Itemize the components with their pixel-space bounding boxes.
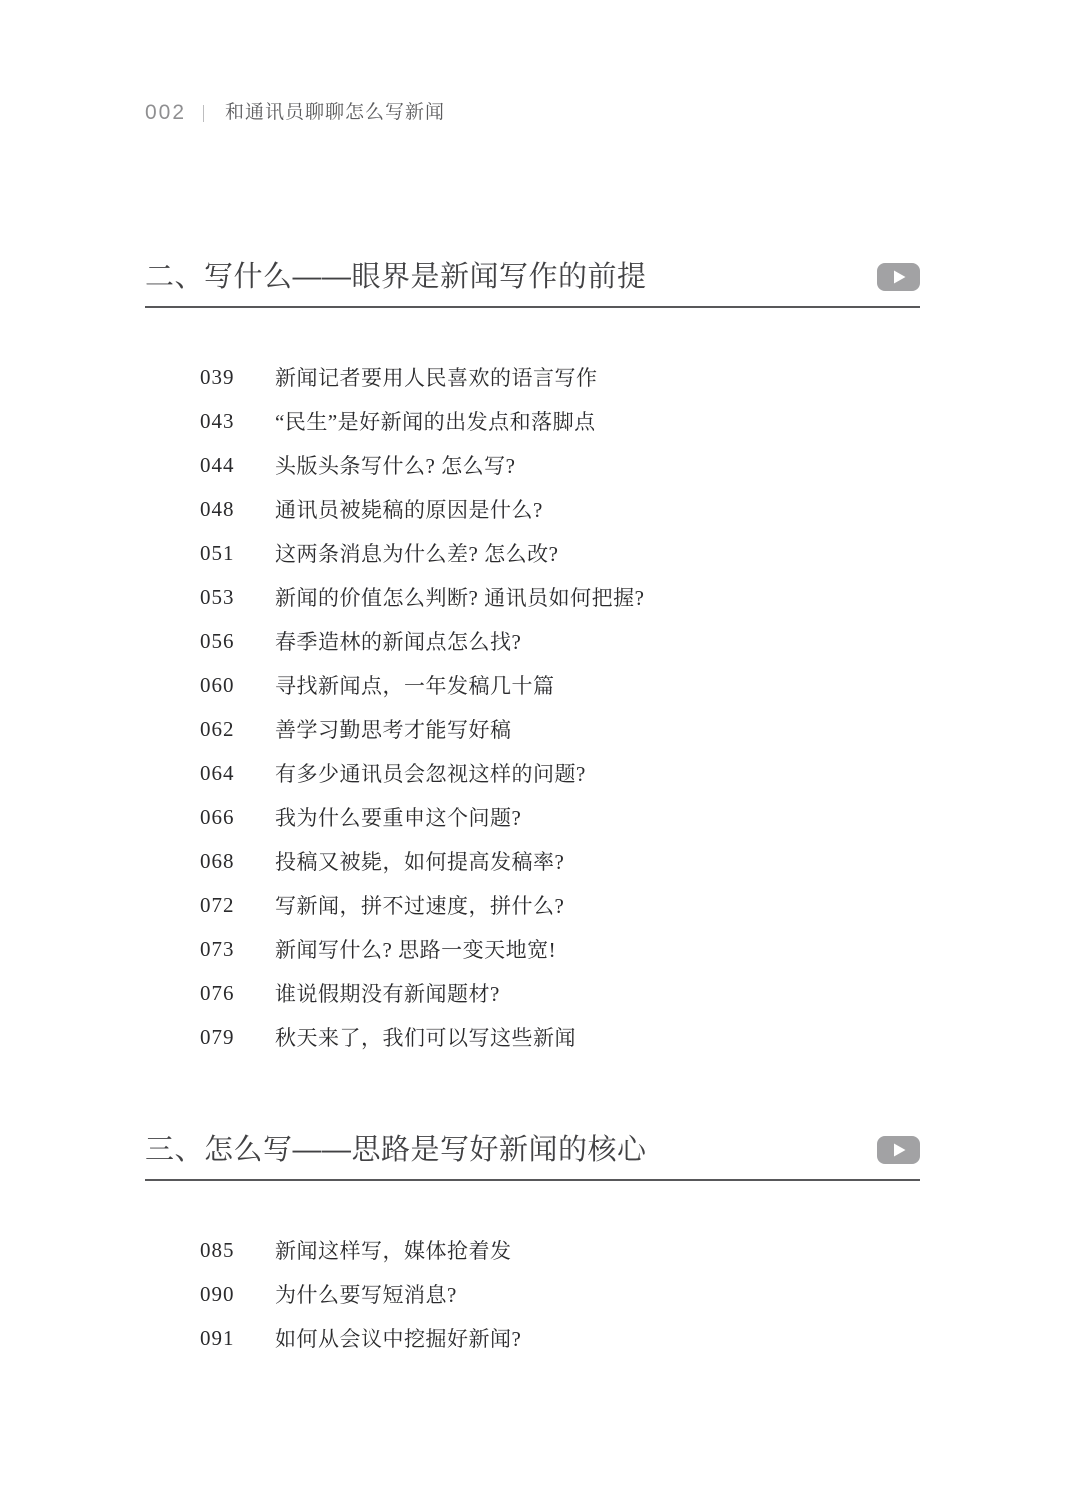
toc-item-page-number: 048 (200, 497, 275, 522)
toc-list: 085新闻这样写，媒体抢着发090为什么要写短消息?091如何从会议中挖掘好新闻… (145, 1228, 920, 1360)
toc-page: 002 和通讯员聊聊怎么写新闻 二、写什么——眼界是新闻写作的前提 039新闻记… (0, 0, 1080, 1509)
toc-item-page-number: 090 (200, 1282, 275, 1307)
toc-item-page-number: 066 (200, 805, 275, 830)
toc-item: 072写新闻，拼不过速度，拼什么? (145, 883, 920, 927)
toc-item: 085新闻这样写，媒体抢着发 (145, 1228, 920, 1272)
header-divider (203, 105, 204, 122)
toc-item-page-number: 076 (200, 981, 275, 1006)
toc-item-page-number: 072 (200, 893, 275, 918)
toc-item-page-number: 043 (200, 409, 275, 434)
toc-item-title: 头版头条写什么? 怎么写? (275, 450, 515, 480)
play-icon (877, 263, 920, 291)
toc-list: 039新闻记者要用人民喜欢的语言写作043“民生”是好新闻的出发点和落脚点044… (145, 355, 920, 1059)
toc-item: 062善学习勤思考才能写好稿 (145, 707, 920, 751)
toc-item: 039新闻记者要用人民喜欢的语言写作 (145, 355, 920, 399)
toc-item-title: 善学习勤思考才能写好稿 (275, 714, 512, 744)
toc-item-page-number: 064 (200, 761, 275, 786)
toc-item-title: 如何从会议中挖掘好新闻? (275, 1323, 521, 1353)
toc-item-title: 通讯员被毙稿的原因是什么? (275, 494, 543, 524)
toc-item: 053新闻的价值怎么判断? 通讯员如何把握? (145, 575, 920, 619)
toc-item-page-number: 079 (200, 1025, 275, 1050)
toc-item: 056春季造林的新闻点怎么找? (145, 619, 920, 663)
toc-item-page-number: 068 (200, 849, 275, 874)
toc-item: 076谁说假期没有新闻题材? (145, 971, 920, 1015)
toc-item-title: “民生”是好新闻的出发点和落脚点 (275, 406, 596, 436)
book-title: 和通讯员聊聊怎么写新闻 (225, 101, 445, 125)
toc-item-page-number: 053 (200, 585, 275, 610)
toc-item: 064有多少通讯员会忽视这样的问题? (145, 751, 920, 795)
section-rule (145, 1179, 920, 1181)
toc-item-title: 谁说假期没有新闻题材? (275, 978, 500, 1008)
toc-item-page-number: 056 (200, 629, 275, 654)
toc-item-title: 秋天来了，我们可以写这些新闻 (275, 1022, 576, 1052)
play-icon (877, 1136, 920, 1164)
toc-item-title: 这两条消息为什么差? 怎么改? (275, 538, 558, 568)
section-rule (145, 306, 920, 308)
toc-item-title: 新闻记者要用人民喜欢的语言写作 (275, 362, 598, 392)
running-header: 002 和通讯员聊聊怎么写新闻 (145, 101, 445, 125)
toc-section: 二、写什么——眼界是新闻写作的前提 039新闻记者要用人民喜欢的语言写作043“… (145, 256, 920, 1059)
page-number: 002 (145, 101, 186, 125)
toc-item-page-number: 044 (200, 453, 275, 478)
toc-item-title: 投稿又被毙，如何提高发稿率? (275, 846, 564, 876)
toc-section: 三、怎么写——思路是写好新闻的核心 085新闻这样写，媒体抢着发090为什么要写… (145, 1129, 920, 1360)
toc-content: 二、写什么——眼界是新闻写作的前提 039新闻记者要用人民喜欢的语言写作043“… (145, 256, 920, 1360)
toc-item-page-number: 062 (200, 717, 275, 742)
toc-item-title: 有多少通讯员会忽视这样的问题? (275, 758, 586, 788)
toc-item-title: 我为什么要重申这个问题? (275, 802, 521, 832)
toc-item-title: 写新闻，拼不过速度，拼什么? (275, 890, 564, 920)
toc-item: 043“民生”是好新闻的出发点和落脚点 (145, 399, 920, 443)
toc-item-page-number: 039 (200, 365, 275, 390)
toc-item: 044头版头条写什么? 怎么写? (145, 443, 920, 487)
toc-item: 066我为什么要重申这个问题? (145, 795, 920, 839)
toc-item: 073新闻写什么? 思路一变天地宽! (145, 927, 920, 971)
toc-item-title: 为什么要写短消息? (275, 1279, 457, 1309)
section-title: 二、写什么——眼界是新闻写作的前提 (145, 256, 647, 298)
section-header: 三、怎么写——思路是写好新闻的核心 (145, 1129, 920, 1171)
section-title: 三、怎么写——思路是写好新闻的核心 (145, 1129, 647, 1171)
toc-item-page-number: 051 (200, 541, 275, 566)
toc-item-page-number: 073 (200, 937, 275, 962)
toc-item-title: 新闻写什么? 思路一变天地宽! (275, 934, 556, 964)
section-header: 二、写什么——眼界是新闻写作的前提 (145, 256, 920, 298)
toc-item: 091如何从会议中挖掘好新闻? (145, 1316, 920, 1360)
toc-item: 068投稿又被毙，如何提高发稿率? (145, 839, 920, 883)
toc-item: 079秋天来了，我们可以写这些新闻 (145, 1015, 920, 1059)
toc-item-page-number: 091 (200, 1326, 275, 1351)
toc-item-page-number: 085 (200, 1238, 275, 1263)
toc-item: 060寻找新闻点，一年发稿几十篇 (145, 663, 920, 707)
toc-item-title: 寻找新闻点，一年发稿几十篇 (275, 670, 555, 700)
toc-item-page-number: 060 (200, 673, 275, 698)
toc-item-title: 春季造林的新闻点怎么找? (275, 626, 521, 656)
toc-item-title: 新闻这样写，媒体抢着发 (275, 1235, 512, 1265)
toc-item: 048通讯员被毙稿的原因是什么? (145, 487, 920, 531)
toc-item: 051这两条消息为什么差? 怎么改? (145, 531, 920, 575)
toc-item-title: 新闻的价值怎么判断? 通讯员如何把握? (275, 582, 644, 612)
toc-item: 090为什么要写短消息? (145, 1272, 920, 1316)
